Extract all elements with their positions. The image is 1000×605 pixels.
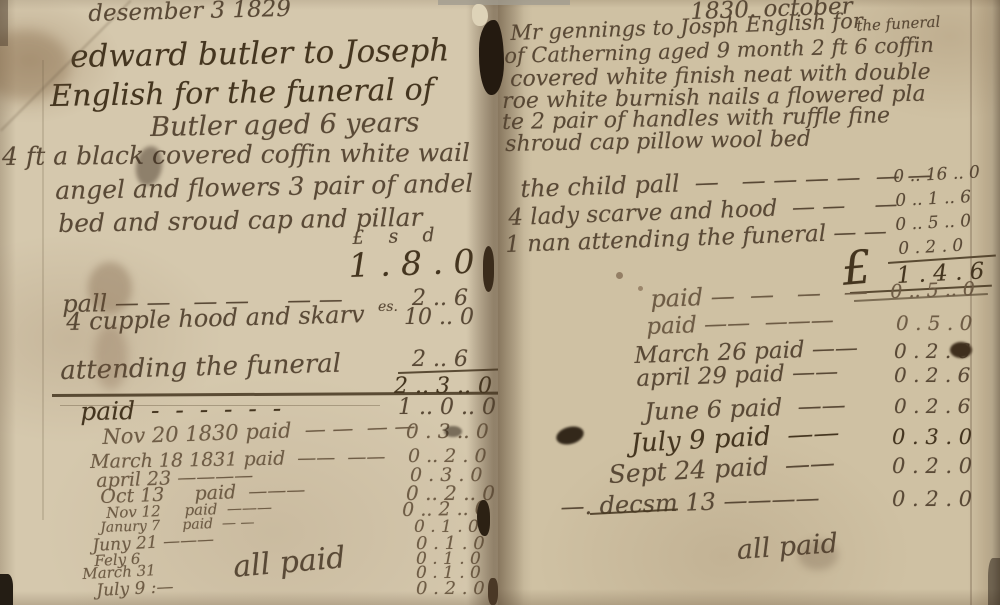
corner-shadow — [988, 558, 1000, 605]
insert-note: the funeral — [856, 15, 941, 34]
gutter-tear — [479, 20, 504, 95]
payment-amount: 0 . 2 . 6 — [894, 396, 970, 416]
amount-value: 1 . 8 . 0 — [348, 245, 475, 282]
superscript-note: es. — [378, 300, 398, 314]
corner-shadow — [0, 0, 8, 46]
heading-line: English for the funeral of — [50, 75, 434, 112]
corner-shadow — [0, 574, 13, 605]
payment-label: april 29 paid —— — [636, 361, 839, 391]
amount-value: 0 .. 1 .. 6 — [895, 189, 971, 210]
stain — [94, 324, 128, 390]
amount-value: 0 . 2 . 0 — [898, 238, 964, 258]
payment-amount: 0 . 2 . 0 — [892, 489, 972, 510]
gutter-tear — [488, 578, 498, 605]
ledger-book: desember 3 1829 edward butler to Joseph … — [0, 0, 1000, 605]
payment-amount: 0 . 5 . 0 — [896, 313, 972, 333]
speck — [638, 286, 643, 291]
all-paid-note: all paid — [232, 543, 347, 583]
heading-line: edward butler to Joseph — [70, 35, 450, 73]
right-page: 1830. october Mr gennings to Josph Engli… — [498, 0, 1000, 605]
gutter-tear — [477, 500, 490, 536]
speck — [616, 272, 623, 279]
entry-line: angel and flowers 3 pair of andel — [55, 171, 473, 203]
gutter-tear — [483, 246, 494, 292]
payment-amount: 0 . 2 . 0 — [892, 456, 972, 477]
payment-amount: 0 . 2 . 0 — [416, 580, 485, 598]
heading-line: Butler aged 6 years — [150, 109, 420, 141]
amount-value: 2 .. 6 — [412, 349, 468, 371]
left-page: desember 3 1829 edward butler to Joseph … — [0, 0, 498, 605]
stain — [88, 262, 132, 314]
amount-value: 0 .. 5 .. 0 — [895, 213, 971, 234]
amount-value: 10 .. 0 — [404, 307, 474, 329]
ink-blot — [950, 342, 972, 358]
payment-amount: 0 . 2 . 6 — [894, 365, 970, 385]
payment-label: paid —— ——— — [646, 309, 834, 339]
entry-line: 4 ft a black covered coffin white wail — [2, 140, 470, 169]
ink-blot — [554, 424, 585, 448]
background-strip — [438, 0, 570, 5]
payment-label: paid — — — — — [650, 279, 868, 311]
stain — [798, 540, 838, 570]
entry-line: shroud cap pillow wool bed — [505, 129, 811, 156]
payment-amount: 0 .. 5 .. 0 — [890, 280, 975, 302]
payment-amount: 0 . 3 . 0 — [892, 427, 972, 448]
fold-crease — [42, 60, 44, 520]
page-edge-crease — [970, 0, 972, 605]
payment-label: July 9 :— — [96, 579, 174, 600]
ink-smudge — [444, 426, 462, 437]
